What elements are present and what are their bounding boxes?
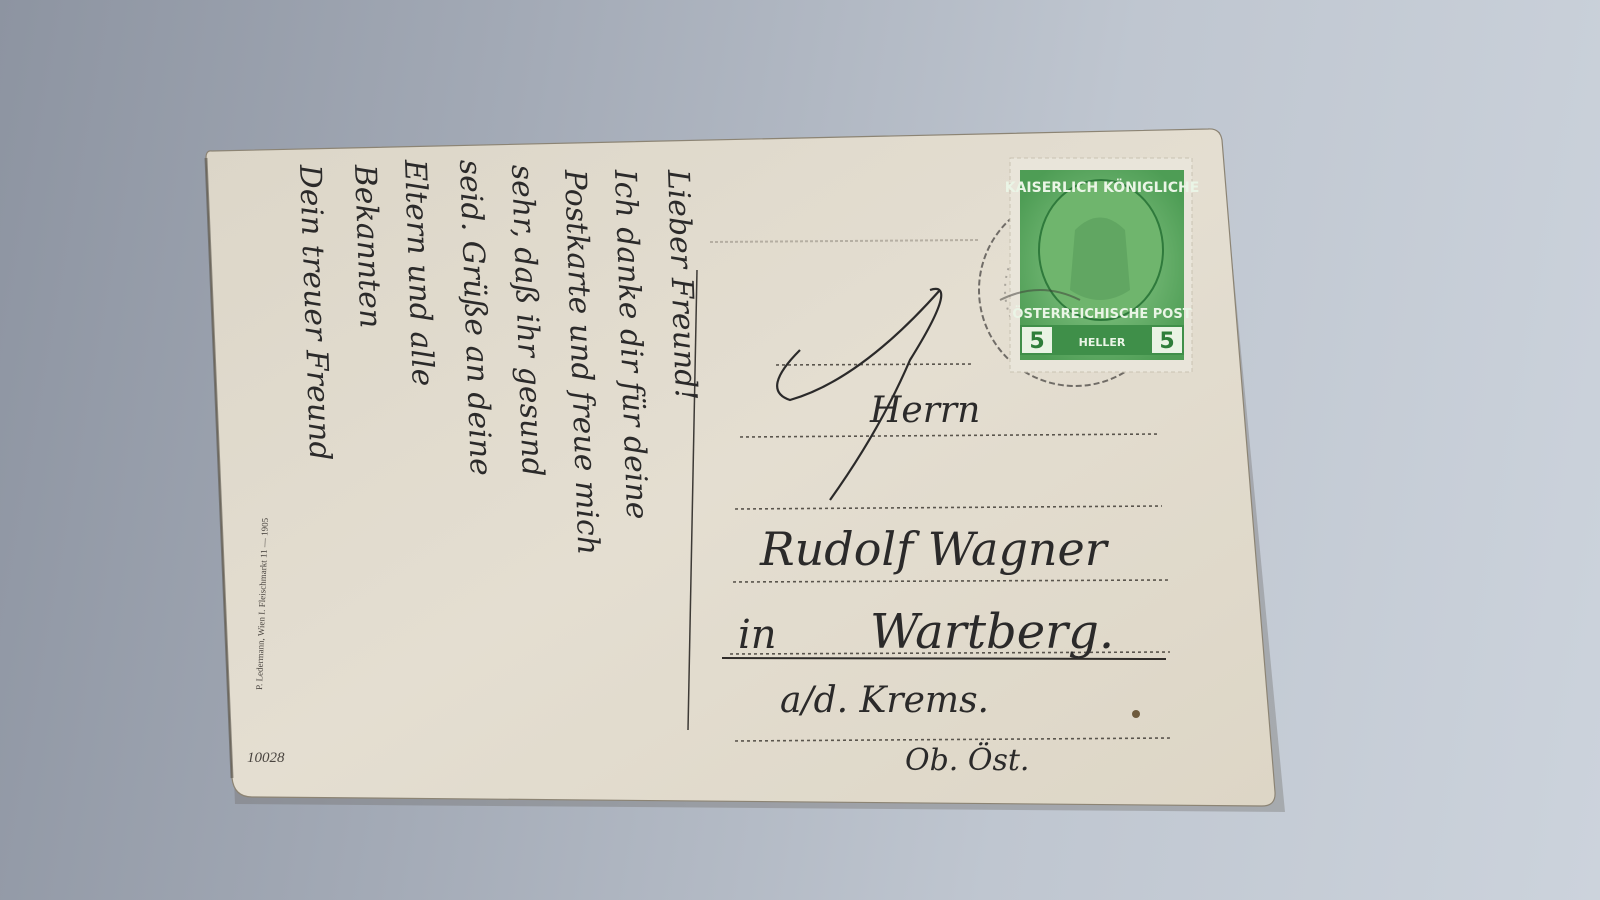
postage-stamp: 5 5 HELLER KAISERLICH KÖNIGLICHE ÖSTERRE… bbox=[1005, 158, 1200, 372]
address-province: Ob. Öst. bbox=[905, 742, 1029, 778]
stamp-top-text: KAISERLICH KÖNIGLICHE bbox=[1005, 178, 1200, 196]
stamp-denomination-left: 5 bbox=[1029, 329, 1044, 354]
catalog-number: 10028 bbox=[247, 750, 285, 766]
stamp-denomination-right: 5 bbox=[1159, 329, 1174, 354]
stamp-bottom-text: ÖSTERREICHISCHE POST bbox=[1012, 306, 1191, 322]
address-place: Wartberg. bbox=[870, 604, 1114, 660]
message-line-7: Bekannten bbox=[347, 163, 388, 329]
postcard-scene: 5 5 HELLER KAISERLICH KÖNIGLICHE ÖSTERRE… bbox=[0, 0, 1600, 900]
address-name: Rudolf Wagner bbox=[759, 522, 1110, 576]
postcard-photo: 5 5 HELLER KAISERLICH KÖNIGLICHE ÖSTERRE… bbox=[0, 0, 1600, 900]
address-region: a/d. Krems. bbox=[780, 680, 989, 721]
address-salutation: Herrn bbox=[869, 390, 980, 431]
paper-spot bbox=[1132, 710, 1140, 718]
stamp-currency: HELLER bbox=[1079, 336, 1126, 349]
address-in: in bbox=[738, 612, 777, 658]
